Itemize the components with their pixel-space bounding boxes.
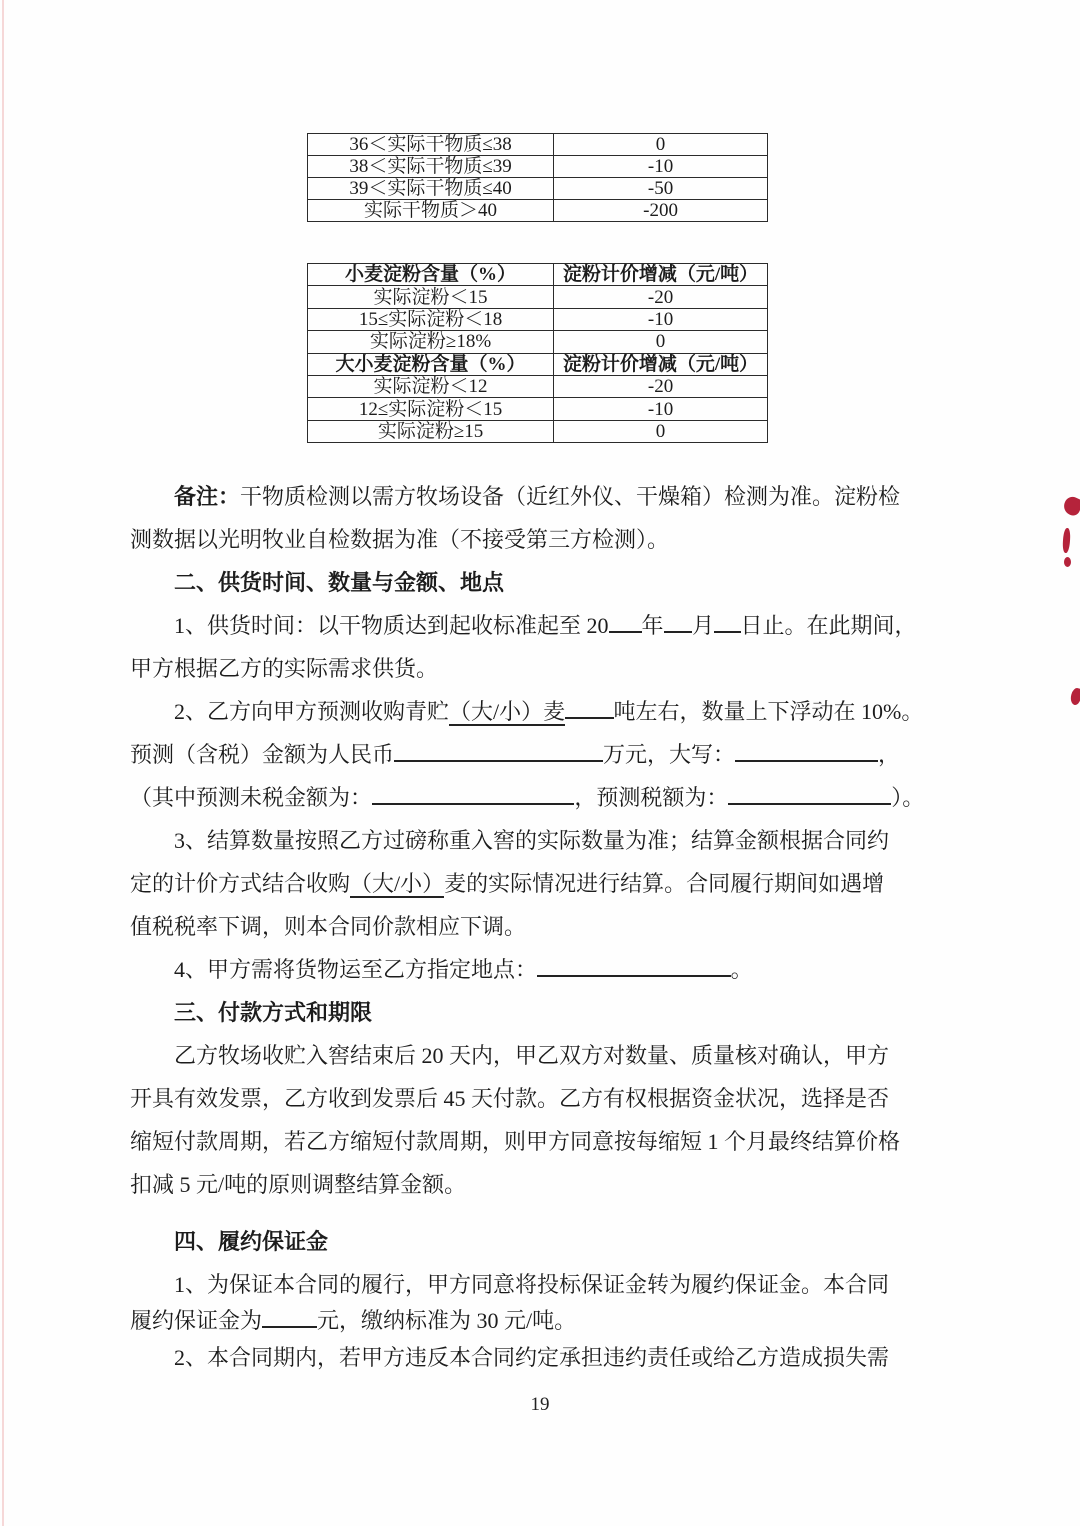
dry-matter-adjustment-table: 36＜实际干物质≤38038＜实际干物质≤39-1039＜实际干物质≤40-50… (307, 133, 768, 222)
text-segment: 甲方根据乙方的实际需求供货。 (130, 656, 438, 681)
table-header-cell: 大小麦淀粉含量（%） (308, 353, 554, 375)
text-segment: 乙方牧场收贮入窖结束后 20 天内，甲乙双方对数量、质量核对确认，甲方 (174, 1043, 889, 1068)
table-cell: -20 (554, 286, 768, 308)
table-row: 实际淀粉≥150 (308, 420, 768, 442)
table-row: 实际淀粉≥18%0 (308, 331, 768, 353)
blank-fill-in-field (537, 956, 731, 977)
text-segment: 1、供货时间：以干物质达到起收标准起至 20 (174, 613, 609, 638)
table-cell: 12≤实际淀粉＜15 (308, 398, 554, 420)
blank-fill-in-field (609, 612, 642, 633)
text-segment: 备注： (174, 484, 240, 509)
text-segment: ， (878, 742, 900, 767)
blank-fill-in-field (394, 741, 603, 762)
page-number: 19 (0, 1394, 1080, 1416)
blank-fill-in-field (372, 784, 574, 805)
document-page: 36＜实际干物质≤38038＜实际干物质≤39-1039＜实际干物质≤40-50… (0, 0, 1080, 1526)
paragraph: 1、供货时间：以干物质达到起收标准起至 20年月日止。在此期间，甲方根据乙方的实… (130, 604, 954, 690)
text-segment: ）。 (891, 785, 924, 810)
text-line: 定的计价方式结合收购（大/小）麦的实际情况进行结算。合同履行期间如遇增 (130, 862, 954, 905)
text-line: 3、结算数量按照乙方过磅称重入窖的实际数量为准；结算金额根据合同约 (130, 819, 954, 862)
text-segment: 3、结算数量按照乙方过磅称重入窖的实际数量为准；结算金额根据合同约 (174, 828, 889, 853)
text-segment: 吨左右，数量上下浮动在 10%。 (614, 699, 924, 724)
table-cell: 实际淀粉≥15 (308, 420, 554, 442)
table-header-row: 大小麦淀粉含量（%）淀粉计价增减（元/吨） (308, 353, 768, 375)
section-heading: 三、付款方式和期限 (130, 991, 954, 1034)
table-row: 36＜实际干物质≤380 (308, 134, 768, 156)
text-line: 三、付款方式和期限 (130, 991, 954, 1034)
text-segment: 4、甲方需将货物运至乙方指定地点： (174, 957, 537, 982)
text-line: 缩短付款周期，若乙方缩短付款周期，则甲方同意按每缩短 1 个月最终结算价格 (130, 1120, 954, 1163)
paragraph: 2、本合同期内，若甲方违反本合同约定承担违约责任或给乙方造成损失需 (130, 1336, 954, 1379)
paragraph: 备注：干物质检测以需方牧场设备（近红外仪、干燥箱）检测为准。淀粉检测数据以光明牧… (130, 475, 954, 561)
text-line: 四、履约保证金 (130, 1220, 954, 1263)
red-ink-mark (1061, 494, 1080, 517)
red-ink-mark (1062, 528, 1071, 553)
paragraph: 3、结算数量按照乙方过磅称重入窖的实际数量为准；结算金额根据合同约定的计价方式结… (130, 819, 954, 948)
text-line: 1、供货时间：以干物质达到起收标准起至 20年月日止。在此期间， (130, 604, 954, 647)
table-cell: -20 (554, 375, 768, 397)
table-cell: 实际淀粉≥18% (308, 331, 554, 353)
text-line: 测数据以光明牧业自检数据为准（不接受第三方检测）。 (130, 518, 954, 561)
table-row: 15≤实际淀粉＜18-10 (308, 308, 768, 330)
text-segment: 元，缴纳标准为 30 元/吨。 (317, 1308, 576, 1333)
table-cell: -50 (554, 178, 768, 200)
text-segment: （大/小） (350, 871, 444, 898)
blank-fill-in-field (728, 784, 891, 805)
table-header-cell: 淀粉计价增减（元/吨） (554, 353, 768, 375)
scan-edge-artifact (2, 0, 4, 1526)
text-line: 值税税率下调，则本合同价款相应下调。 (130, 905, 954, 948)
text-segment: 日止。在此期间， (741, 613, 917, 638)
table-cell: -10 (554, 398, 768, 420)
table-cell: -200 (554, 200, 768, 222)
text-line: 2、乙方向甲方预测收购青贮（大/小）麦吨左右，数量上下浮动在 10%。 (130, 690, 954, 733)
text-segment: 缩短付款周期，若乙方缩短付款周期，则甲方同意按每缩短 1 个月最终结算价格 (130, 1129, 900, 1154)
text-segment: 三、付款方式和期限 (174, 1000, 372, 1025)
text-segment: 2、本合同期内，若甲方违反本合同约定承担违约责任或给乙方造成损失需 (174, 1345, 889, 1370)
table-cell: 0 (554, 134, 768, 156)
section-heading: 二、供货时间、数量与金额、地点 (130, 561, 954, 604)
table-row: 12≤实际淀粉＜15-10 (308, 398, 768, 420)
text-segment: 履约保证金为 (130, 1308, 262, 1333)
table-cell: -10 (554, 308, 768, 330)
text-line: 4、甲方需将货物运至乙方指定地点：。 (130, 948, 954, 991)
text-segment: ，预测税额为： (574, 785, 728, 810)
text-segment: 开具有效发票，乙方收到发票后 45 天付款。乙方有权根据资金状况，选择是否 (130, 1086, 889, 1111)
table-row: 实际干物质＞40-200 (308, 200, 768, 222)
blank-fill-in-field (735, 741, 878, 762)
paragraph: 2、乙方向甲方预测收购青贮（大/小）麦吨左右，数量上下浮动在 10%。预测（含税… (130, 690, 954, 819)
text-segment: 定的计价方式结合收购 (130, 871, 350, 896)
table-cell: 实际淀粉＜12 (308, 375, 554, 397)
text-segment: （其中预测未税金额为： (130, 785, 372, 810)
text-segment: 干物质检测以需方牧场设备（近红外仪、干燥箱）检测为准。淀粉检 (240, 484, 900, 509)
table-cell: 0 (554, 331, 768, 353)
text-line: 乙方牧场收贮入窖结束后 20 天内，甲乙双方对数量、质量核对确认，甲方 (130, 1034, 954, 1077)
table-header-row: 小麦淀粉含量（%）淀粉计价增减（元/吨） (308, 264, 768, 286)
table-header-cell: 小麦淀粉含量（%） (308, 264, 554, 286)
table-cell: 36＜实际干物质≤38 (308, 134, 554, 156)
document-body: 备注：干物质检测以需方牧场设备（近红外仪、干燥箱）检测为准。淀粉检测数据以光明牧… (130, 475, 954, 1379)
text-segment: 月 (692, 613, 714, 638)
text-line: 1、为保证本合同的履行，甲方同意将投标保证金转为履约保证金。本合同 (130, 1263, 954, 1306)
section-heading: 四、履约保证金 (130, 1220, 954, 1263)
starch-content-adjustment-table: 小麦淀粉含量（%）淀粉计价增减（元/吨）实际淀粉＜15-2015≤实际淀粉＜18… (307, 263, 768, 443)
text-segment: （大/小）麦 (449, 699, 565, 726)
blank-fill-in-field (262, 1307, 317, 1328)
table-row: 实际淀粉＜15-20 (308, 286, 768, 308)
blank-fill-in-field (714, 612, 740, 633)
table-cell: -10 (554, 156, 768, 178)
blank-fill-in-field (565, 698, 613, 719)
text-segment: 2、乙方向甲方预测收购青贮 (174, 699, 449, 724)
table-row: 38＜实际干物质≤39-10 (308, 156, 768, 178)
paragraph: 4、甲方需将货物运至乙方指定地点：。 (130, 948, 954, 991)
red-ink-mark (1069, 687, 1080, 706)
blank-fill-in-field (664, 612, 693, 633)
text-segment: 扣减 5 元/吨的原则调整结算金额。 (130, 1172, 466, 1197)
text-segment: 测数据以光明牧业自检数据为准（不接受第三方检测）。 (130, 527, 669, 552)
table-row: 实际淀粉＜12-20 (308, 375, 768, 397)
text-segment: 年 (642, 613, 664, 638)
text-line: （其中预测未税金额为：，预测税额为：）。 (130, 776, 954, 819)
text-line: 履约保证金为元，缴纳标准为 30 元/吨。 (130, 1306, 954, 1336)
text-line: 二、供货时间、数量与金额、地点 (130, 561, 954, 604)
text-segment: 四、履约保证金 (174, 1229, 328, 1254)
table-cell: 实际干物质＞40 (308, 200, 554, 222)
text-segment: 值税税率下调，则本合同价款相应下调。 (130, 914, 526, 939)
red-ink-mark (1064, 557, 1071, 567)
table-header-cell: 淀粉计价增减（元/吨） (554, 264, 768, 286)
text-line: 扣减 5 元/吨的原则调整结算金额。 (130, 1163, 954, 1206)
text-line: 甲方根据乙方的实际需求供货。 (130, 647, 954, 690)
text-segment: 1、为保证本合同的履行，甲方同意将投标保证金转为履约保证金。本合同 (174, 1272, 889, 1297)
table-cell: 15≤实际淀粉＜18 (308, 308, 554, 330)
table-cell: 0 (554, 420, 768, 442)
table-row: 39＜实际干物质≤40-50 (308, 178, 768, 200)
table-cell: 39＜实际干物质≤40 (308, 178, 554, 200)
paragraph: 乙方牧场收贮入窖结束后 20 天内，甲乙双方对数量、质量核对确认，甲方开具有效发… (130, 1034, 954, 1206)
text-line: 2、本合同期内，若甲方违反本合同约定承担违约责任或给乙方造成损失需 (130, 1336, 954, 1379)
text-segment: 预测（含税）金额为人民币 (130, 742, 394, 767)
text-line: 备注：干物质检测以需方牧场设备（近红外仪、干燥箱）检测为准。淀粉检 (130, 475, 954, 518)
table-cell: 实际淀粉＜15 (308, 286, 554, 308)
text-segment: 二、供货时间、数量与金额、地点 (174, 570, 504, 595)
text-segment: 万元，大写： (603, 742, 735, 767)
text-segment: 。 (731, 957, 753, 982)
paragraph: 1、为保证本合同的履行，甲方同意将投标保证金转为履约保证金。本合同履约保证金为元… (130, 1263, 954, 1336)
text-line: 开具有效发票，乙方收到发票后 45 天付款。乙方有权根据资金状况，选择是否 (130, 1077, 954, 1120)
table-cell: 38＜实际干物质≤39 (308, 156, 554, 178)
text-line: 预测（含税）金额为人民币万元，大写：， (130, 733, 954, 776)
text-segment: 麦的实际情况进行结算。合同履行期间如遇增 (444, 871, 884, 896)
